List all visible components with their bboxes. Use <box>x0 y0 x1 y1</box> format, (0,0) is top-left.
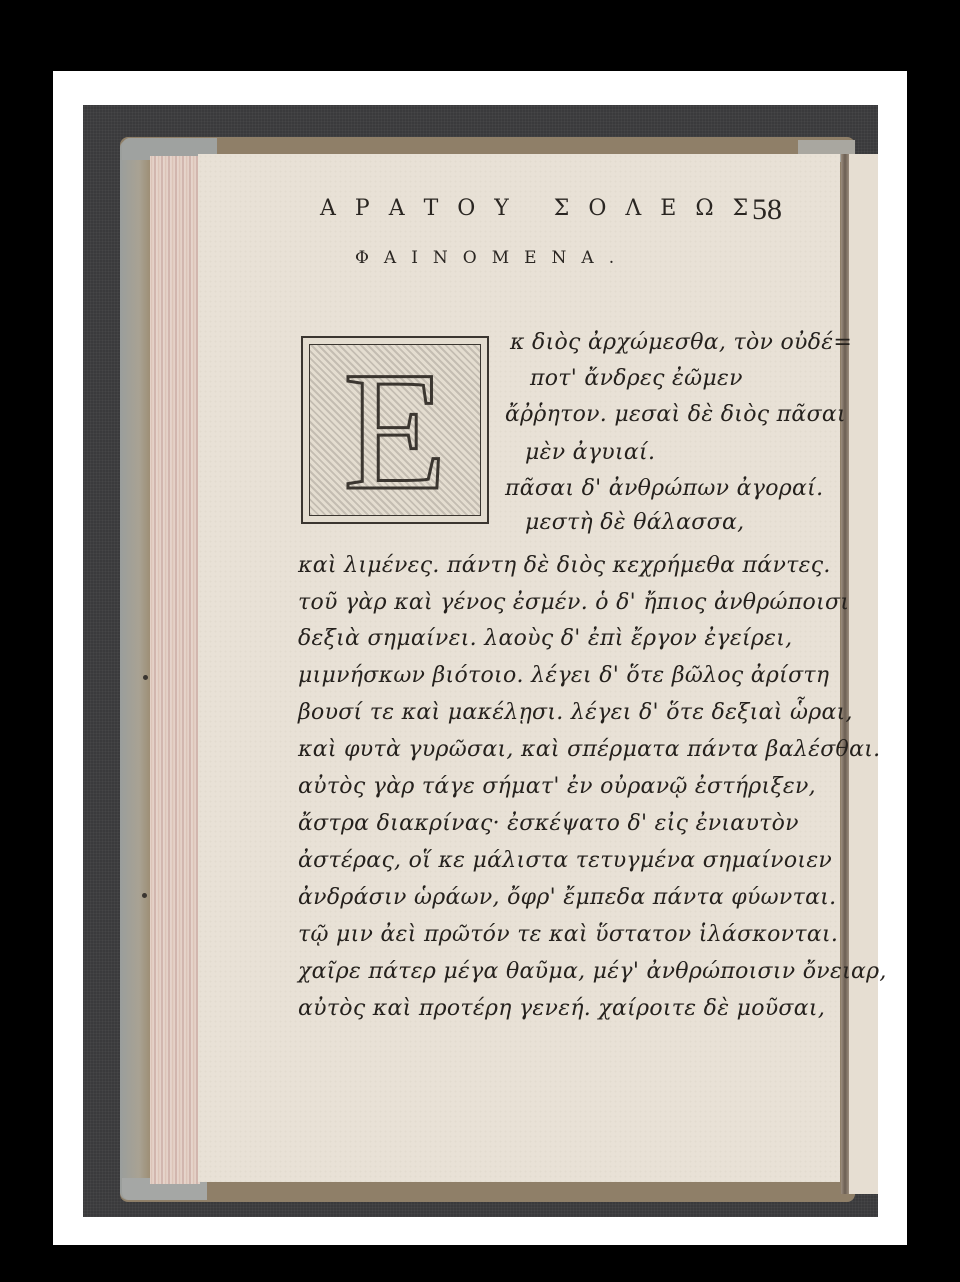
text-line: δεξιὰ σημαίνει. λαοὺς δ' ἐπὶ ἔργον ἐγείρ… <box>298 626 792 651</box>
text-line: αὐτὸς καὶ προτέρη γενεή. χαίροιτε δὲ μοῦ… <box>298 996 825 1021</box>
text-line: μὲν ἀγυιαί. <box>525 440 655 465</box>
text-line: αὐτὸς γὰρ τάγε σήματ' ἐν οὐρανῷ ἐστήριξε… <box>298 774 816 799</box>
text-line: ἄῤῥητον. μεσαὶ δὲ διὸς πᾶσαι <box>505 402 846 427</box>
initial-letter: E <box>303 346 487 516</box>
text-line: χαῖρε πάτερ μέγα θαῦμα, μέγ' ἀνθρώποισιν… <box>298 959 887 984</box>
text-line: καὶ φυτὰ γυρῶσαι, καὶ σπέρματα πάντα βαλ… <box>298 737 880 762</box>
page-number: 58 <box>752 193 782 227</box>
text-line: ἄστρα διακρίνας· ἐσκέψατο δ' εἰς ἐνιαυτὸ… <box>298 811 799 836</box>
next-page-sliver <box>849 154 878 1194</box>
text-line: βουσί τε καὶ μακέλῃσι. λέγει δ' ὅτε δεξι… <box>298 700 853 725</box>
text-line: τῷ μιν ἀεὶ πρῶτόν τε καὶ ὕστατον ἱλάσκον… <box>298 922 838 947</box>
ink-spot <box>143 675 148 680</box>
text-line: μιμνήσκων βιότοιο. λέγει δ' ὅτε βῶλος ἀρ… <box>298 663 829 688</box>
text-line: μεστὴ δὲ θάλασσα, <box>525 510 744 535</box>
ink-spot <box>142 893 147 898</box>
woodcut-initial: E <box>301 336 489 524</box>
page-edges-stack <box>150 156 200 1184</box>
text-line: καὶ λιμένες. πάντη δὲ διὸς κεχρήμεθα πάν… <box>298 553 831 578</box>
cover-edge-left <box>120 140 152 1200</box>
running-head: ΑΡΑΤΟΥ ΣΟΛΕΩΣ <box>320 196 767 221</box>
text-line: ποτ' ἄνδρες ἐῶμεν <box>530 366 743 391</box>
text-line: ἀστέρας, οἵ κε μάλιστα τετυγμένα σημαίνο… <box>298 848 832 873</box>
text-line: κ διὸς ἀρχώμεσθα, τὸν οὐδέ= <box>510 330 852 355</box>
page-gutter <box>841 154 849 1194</box>
text-line: ἀνδράσιν ὡράων, ὄφρ' ἔμπεδα πάντα φύωντα… <box>298 885 836 910</box>
section-title: ΦΑΙΝΟΜΕΝΑ. <box>355 248 629 268</box>
text-line: πᾶσαι δ' ἀνθρώπων ἀγοραί. <box>505 476 823 501</box>
text-line: τοῦ γὰρ καὶ γένος ἐσμέν. ὁ δ' ἤπιος ἀνθρ… <box>298 590 849 615</box>
